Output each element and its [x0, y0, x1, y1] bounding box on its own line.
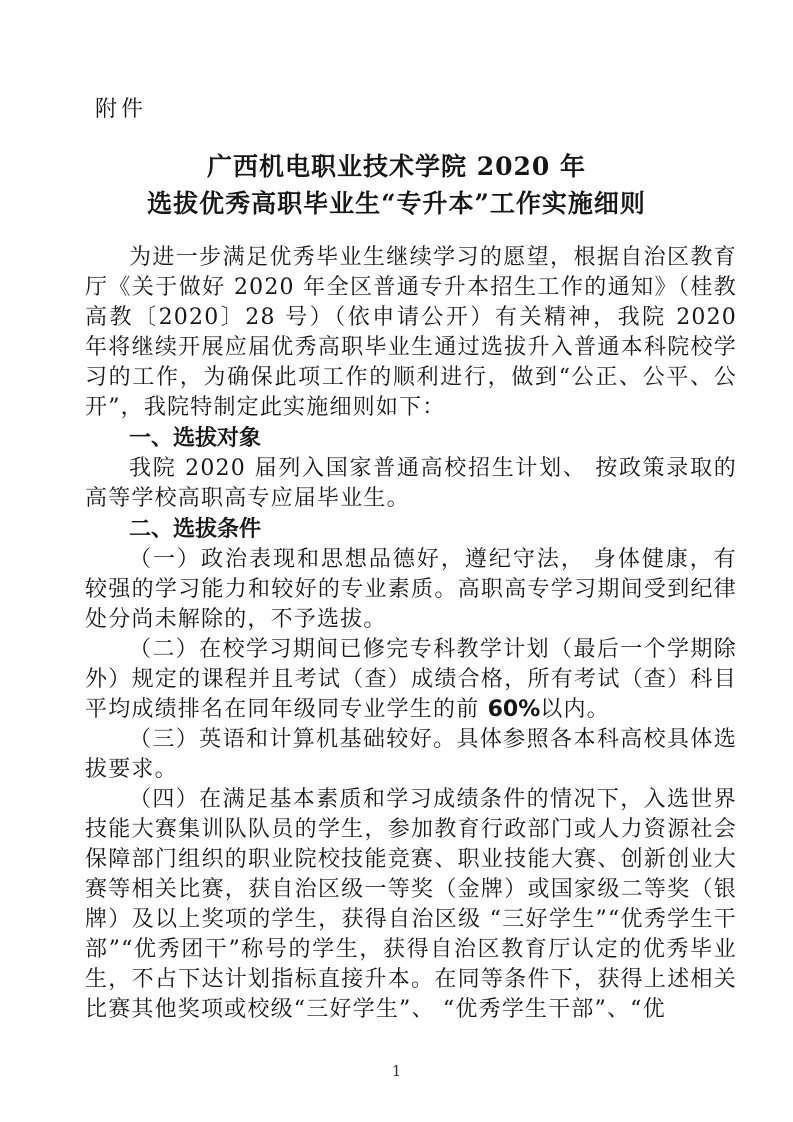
paragraph: （二）在校学习期间已修完专科教学计划（最后一个学期除外）规定的课程并且考试（查）… [85, 635, 737, 725]
document-body: 为进一步满足优秀毕业生继续学习的愿望，根据自治区教育厅《关于做好 2020 年全… [85, 243, 737, 1025]
text-run: 我院 2020 届列入国家普通高校招生计划、 按政策录取的高等学校高职高专应届毕… [85, 456, 737, 511]
document-title: 广西机电职业技术学院 2020 年 选拔优秀高职毕业生“专升本”工作实施细则 [0, 148, 793, 222]
paragraph: （四）在满足基本素质和学习成绩条件的情况下，入选世界技能大赛集训队队员的学生，参… [85, 785, 737, 1025]
bold-text-run: 二、选拔条件 [129, 517, 261, 542]
document-page: 附件 广西机电职业技术学院 2020 年 选拔优秀高职毕业生“专升本”工作实施细… [0, 0, 793, 1122]
bold-text-run: 一、选拔对象 [129, 426, 261, 451]
paragraph: （一）政治表现和思想品德好，遵纪守法， 身体健康，有较强的学习能力和较好的专业素… [85, 545, 737, 635]
bold-text-run: 60% [488, 697, 541, 722]
document-title-line-2: 选拔优秀高职毕业生“专升本”工作实施细则 [0, 185, 793, 222]
paragraph: 为进一步满足优秀毕业生继续学习的愿望，根据自治区教育厅《关于做好 2020 年全… [85, 243, 737, 423]
text-run: （三）英语和计算机基础较好。具体参照各本科高校具体选拔要求。 [85, 727, 737, 782]
text-run: 以内。 [540, 697, 610, 722]
paragraph: 我院 2020 届列入国家普通高校招生计划、 按政策录取的高等学校高职高专应届毕… [85, 454, 737, 514]
attachment-label: 附件 [95, 92, 147, 123]
document-title-line-1: 广西机电职业技术学院 2020 年 [0, 148, 793, 185]
text-run: （四）在满足基本素质和学习成绩条件的情况下，入选世界技能大赛集训队队员的学生，参… [85, 787, 737, 1022]
text-run: （一）政治表现和思想品德好，遵纪守法， 身体健康，有较强的学习能力和较好的专业素… [85, 547, 737, 632]
section-heading: 二、选拔条件 [85, 514, 737, 545]
page-number: 1 [0, 1062, 793, 1080]
text-run: （二）在校学习期间已修完专科教学计划（最后一个学期除外）规定的课程并且考试（查）… [85, 637, 737, 722]
text-run: 为进一步满足优秀毕业生继续学习的愿望，根据自治区教育厅《关于做好 2020 年全… [85, 245, 737, 420]
paragraph: （三）英语和计算机基础较好。具体参照各本科高校具体选拔要求。 [85, 725, 737, 785]
section-heading: 一、选拔对象 [85, 423, 737, 454]
